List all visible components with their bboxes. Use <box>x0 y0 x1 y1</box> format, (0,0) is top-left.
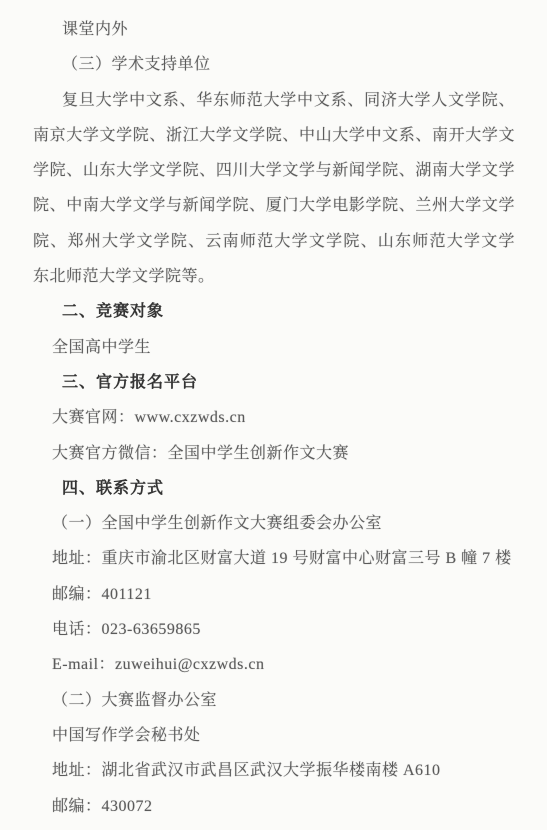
subsection-heading-academic-support: （三）学术支持单位 <box>62 47 515 82</box>
paragraph-line: 院、郑州大学文学院、云南师范大学文学院、山东师范大学文学院、 <box>33 224 515 259</box>
paragraph-line: 院、中南大学文学与新闻学院、厦门大学电影学院、兰州大学文学 <box>33 188 515 223</box>
body-line-address-2: 地址：湖北省武汉市武昌区武汉大学振华楼南楼 A610 <box>52 753 515 788</box>
intro-line-sponsor: 课堂内外 <box>62 12 515 47</box>
section-heading-registration-platform: 三、官方报名平台 <box>62 365 515 400</box>
body-line-phone: 电话：023-63659865 <box>52 612 515 647</box>
body-line-official-website: 大赛官网：www.cxzwds.cn <box>52 400 515 435</box>
body-line-office-1: （一）全国中学生创新作文大赛组委会办公室 <box>52 506 515 541</box>
body-line-postcode-1: 邮编：401121 <box>52 577 515 612</box>
body-line-postcode-2: 邮编：430072 <box>52 789 515 824</box>
body-line-email: E-mail：zuweihui@cxzwds.cn <box>52 647 515 682</box>
body-line-office-2: （二）大赛监督办公室 <box>52 683 515 718</box>
paragraph-line: 复旦大学中文系、华东师范大学中文系、同济大学人文学院、 <box>33 83 515 118</box>
body-line-official-wechat: 大赛官方微信：全国中学生创新作文大赛 <box>52 436 515 471</box>
body-line-secretariat: 中国写作学会秘书处 <box>52 718 515 753</box>
scanned-document-page: 课堂内外 （三）学术支持单位 复旦大学中文系、华东师范大学中文系、同济大学人文学… <box>0 0 547 830</box>
paragraph-line: 南京大学文学院、浙江大学文学院、中山大学中文系、南开大学文 <box>33 118 515 153</box>
paragraph-line-last: 东北师范大学文学院等。 <box>33 259 515 294</box>
section-heading-contact-info: 四、联系方式 <box>62 471 515 506</box>
paragraph-line: 学院、山东大学文学院、四川大学文学与新闻学院、湖南大学文学 <box>33 153 515 188</box>
body-line-target: 全国高中学生 <box>52 330 515 365</box>
body-line-address-1: 地址：重庆市渝北区财富大道 19 号财富中心财富三号 B 幢 7 楼 <box>52 541 515 576</box>
section-heading-competition-target: 二、竞赛对象 <box>62 294 515 329</box>
